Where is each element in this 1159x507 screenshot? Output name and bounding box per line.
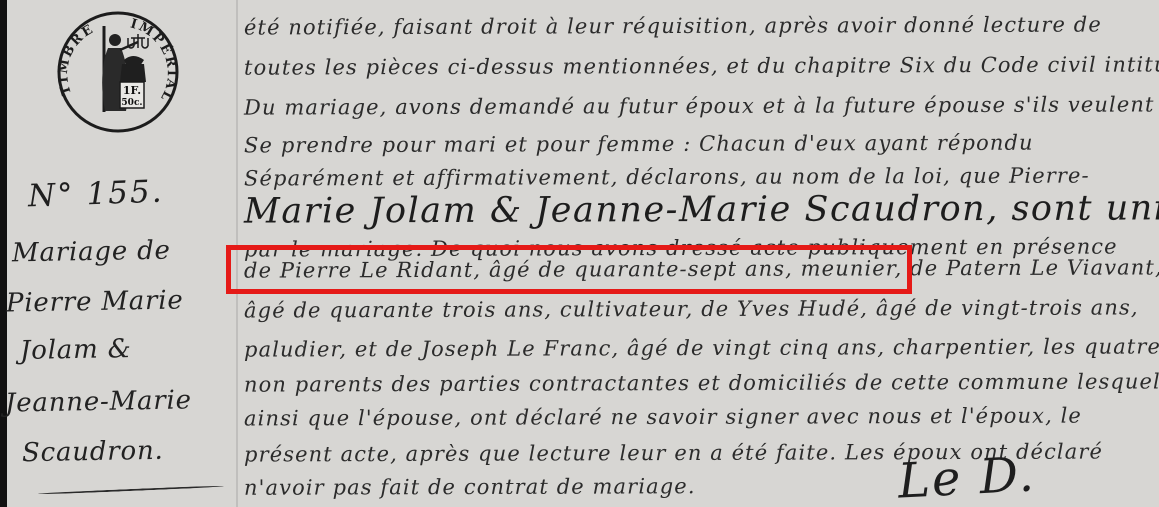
stamp-denomination: 1F. 50c. [120,82,144,108]
marriage-record-scan: TIMBRE IMPÉRIAL. 1F. 50c. [0,0,1159,507]
svg-text:TIMBRE: TIMBRE [56,21,98,96]
margin-title-line: Mariage de [12,236,171,269]
margin-title-line: Pierre Marie [6,285,184,318]
act-highlighted-text-line: de Pierre Le Ridant, âgé de quarante-sep… [244,255,1159,282]
margin-title-line: Jolam & [20,334,132,366]
act-text-line: âgé de quarante trois ans, cultivateur, … [244,295,1139,322]
margin-title-line: Scaudron. [22,436,164,468]
timbre-imperial-stamp-icon: TIMBRE IMPÉRIAL. 1F. 50c. [54,8,182,136]
stamp-left-text: TIMBRE [56,21,98,96]
act-text-line: été notifiée, faisant droit à leur réqui… [244,13,1102,40]
margin-rule-line [236,0,238,507]
act-text-line: toutes les pièces ci-dessus mentionnées,… [244,52,1159,79]
act-text-line: Se prendre pour mari et pour femme : Cha… [244,131,1034,158]
margin-underline-flourish [38,485,224,495]
act-text-line: Séparément et affirmativement, déclarons… [244,164,1090,191]
act-number: N° 155. [27,174,164,215]
act-names-line: Marie Jolam & Jeanne-Marie Scaudron, son… [244,188,1159,231]
act-text-line: n'avoir pas fait de contrat de mariage. [244,474,696,500]
act-text-line: paludier, et de Joseph Le Franc, âgé de … [244,334,1159,361]
margin-title-line: Jeanne-Marie [5,385,192,418]
act-text-line: non parents des parties contractantes et… [244,369,1159,396]
act-text-line: Du mariage, avons demandé au futur époux… [244,92,1155,119]
page-binding-edge [0,0,7,507]
act-text-line: ainsi que l'épouse, ont déclaré ne savoi… [244,404,1082,431]
officiant-signature: Le D. [897,446,1037,507]
stamp-value-bottom: 50c. [121,98,142,108]
stamp-value-top: 1F. [123,84,141,97]
